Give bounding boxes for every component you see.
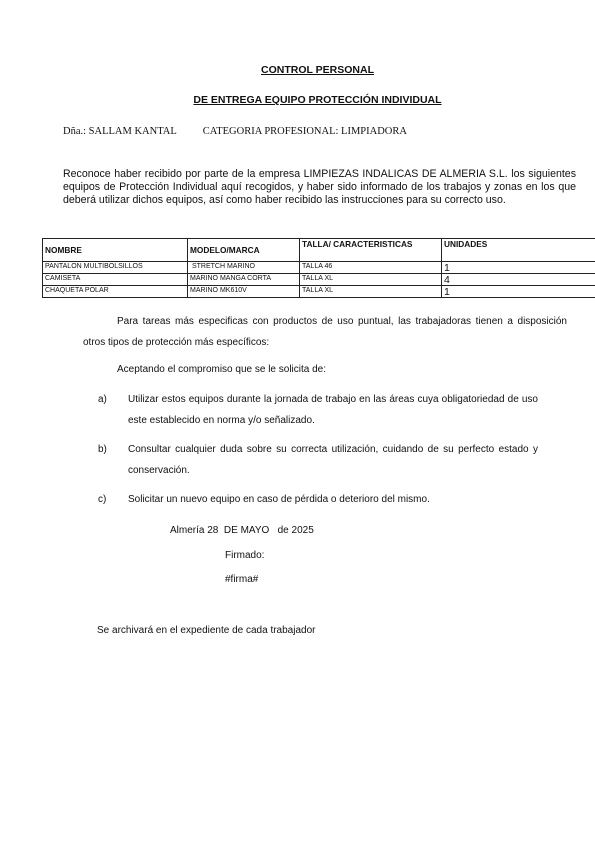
cell-modelo: STRETCH MARINO (188, 262, 300, 274)
cell-unidades: 1 (442, 286, 595, 298)
commitment-label: c) (98, 490, 106, 511)
employee-name: Dña.: SALLAM KANTAL (63, 126, 177, 137)
header-talla: TALLA/ CARACTERISTICAS (300, 239, 442, 262)
commitment-label: a) (98, 390, 107, 411)
cell-modelo: MARINO MK610V (188, 286, 300, 298)
cell-talla: TALLA XL (300, 274, 442, 286)
cell-unidades: 4 (442, 274, 595, 286)
specific-protection-text: Para tareas más especificas con producto… (83, 316, 567, 348)
date-line: Almería 28 DE MAYO de 2025 (170, 525, 314, 536)
equipment-table: NOMBRE MODELO/MARCA TALLA/ CARACTERISTIC… (42, 238, 595, 298)
intro-paragraph: Reconoce haber recibido por parte de la … (63, 168, 576, 208)
cell-nombre: CAMISETA (43, 274, 188, 286)
commitment-item: c) Solicitar un nuevo equipo en caso de … (98, 490, 538, 511)
commitment-item: a) Utilizar estos equipos durante la jor… (98, 390, 538, 431)
header-modelo: MODELO/MARCA (188, 239, 300, 262)
table-row: CAMISETA MARINO MANGA CORTA TALLA XL 4 (43, 274, 595, 286)
table-header-row: NOMBRE MODELO/MARCA TALLA/ CARACTERISTIC… (43, 239, 595, 262)
table-row: PANTALON MULTIBOLSILLOS STRETCH MARINO T… (43, 262, 595, 274)
commitment-text: Consultar cualquier duda sobre su correc… (128, 440, 538, 481)
cell-nombre: CHAQUETA POLAR (43, 286, 188, 298)
document-subtitle: DE ENTREGA EQUIPO PROTECCIÓN INDIVIDUAL (20, 94, 595, 106)
header-unidades: UNIDADES (442, 239, 595, 262)
document-title: CONTROL PERSONAL (20, 64, 595, 76)
archive-note: Se archivará en el expediente de cada tr… (97, 625, 315, 636)
cell-unidades: 1 (442, 262, 595, 274)
employee-info: Dña.: SALLAM KANTALCATEGORIA PROFESIONAL… (63, 126, 407, 137)
cell-talla: TALLA 46 (300, 262, 442, 274)
commitment-item: b) Consultar cualquier duda sobre su cor… (98, 440, 538, 481)
commitment-label: b) (98, 440, 107, 461)
acceptance-intro: Aceptando el compromiso que se le solici… (117, 364, 326, 375)
header-nombre: NOMBRE (43, 239, 188, 262)
signature-placeholder: #firma# (225, 574, 258, 585)
cell-nombre: PANTALON MULTIBOLSILLOS (43, 262, 188, 274)
table-row: CHAQUETA POLAR MARINO MK610V TALLA XL 1 (43, 286, 595, 298)
cell-talla: TALLA XL (300, 286, 442, 298)
commitment-text: Utilizar estos equipos durante la jornad… (128, 390, 538, 431)
employee-category: CATEGORIA PROFESIONAL: LIMPIADORA (203, 126, 407, 137)
signed-label: Firmado: (225, 550, 264, 561)
specific-protection-paragraph: Para tareas más especificas con producto… (83, 312, 567, 353)
commitment-text: Solicitar un nuevo equipo en caso de pér… (128, 490, 538, 511)
cell-modelo: MARINO MANGA CORTA (188, 274, 300, 286)
